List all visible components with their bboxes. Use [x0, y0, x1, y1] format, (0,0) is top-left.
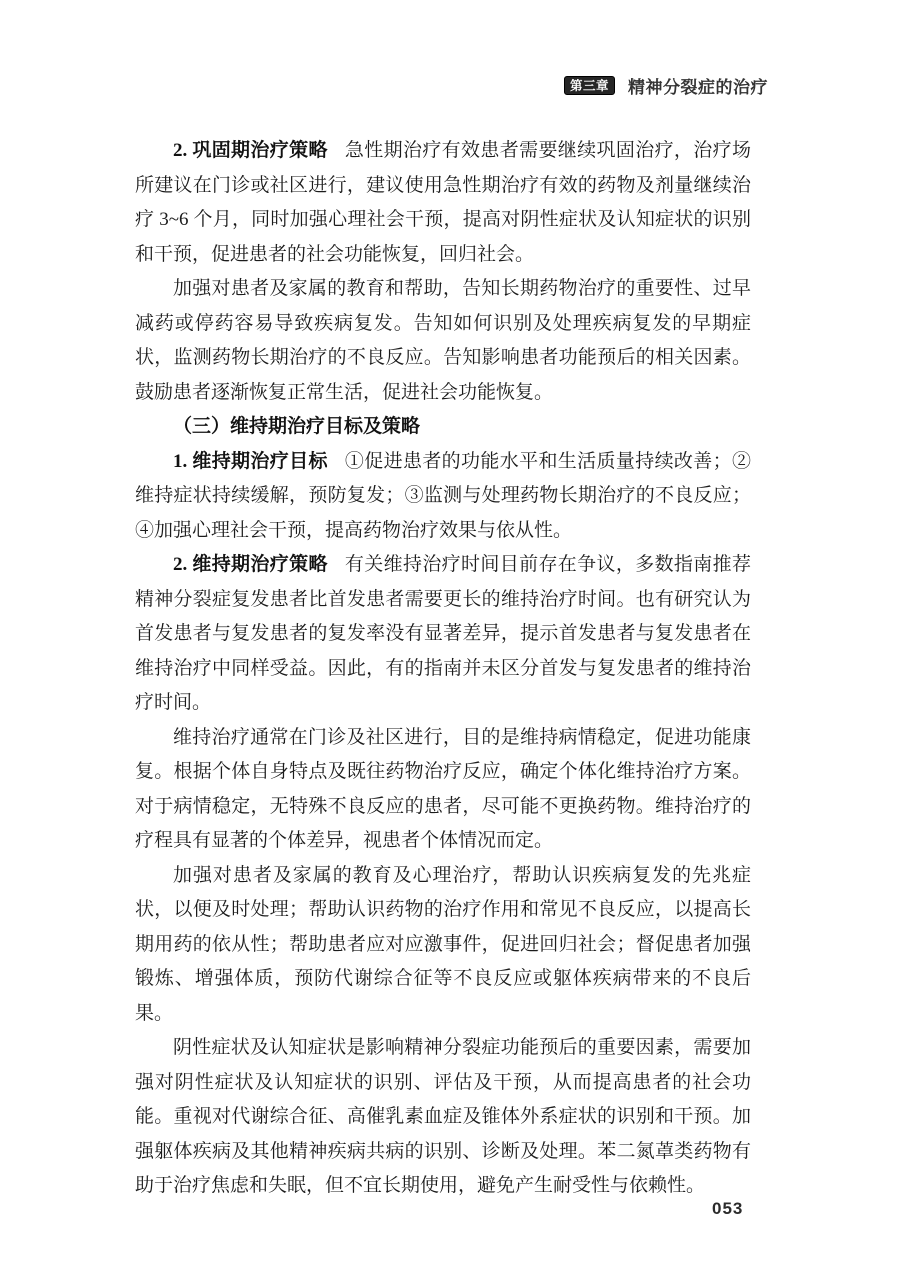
paragraph-text: 维持治疗通常在门诊及社区进行，目的是维持病情稳定，促进功能康复。根据个体自身特点… — [135, 727, 751, 852]
paragraph-label: 2. 维持期治疗策略 — [173, 554, 328, 575]
paragraph-text: 有关维持治疗时间目前存在争议，多数指南推荐精神分裂症复发患者比首发患者需要更长的… — [135, 554, 751, 713]
chapter-badge: 第三章 — [564, 76, 615, 96]
paragraph-text: 阴性症状及认知症状是影响精神分裂症功能预后的重要因素，需要加强对阴性症状及认知症… — [135, 1037, 751, 1196]
page-number: 053 — [712, 1199, 743, 1219]
paragraph: 2. 维持期治疗策略有关维持治疗时间目前存在争议，多数指南推荐精神分裂症复发患者… — [135, 548, 751, 721]
chapter-title: 精神分裂症的治疗 — [628, 73, 768, 98]
paragraph: 2. 巩固期治疗策略急性期治疗有效患者需要继续巩固治疗，治疗场所建议在门诊或社区… — [135, 134, 751, 272]
content: 2. 巩固期治疗策略急性期治疗有效患者需要继续巩固治疗，治疗场所建议在门诊或社区… — [135, 134, 751, 1204]
paragraph-text: 加强对患者及家属的教育和帮助，告知长期药物治疗的重要性、过早减药或停药容易导致疾… — [135, 278, 751, 403]
paragraph: 阴性症状及认知症状是影响精神分裂症功能预后的重要因素，需要加强对阴性症状及认知症… — [135, 1031, 751, 1204]
paragraph-label: 1. 维持期治疗目标 — [173, 451, 328, 472]
paragraph: 1. 维持期治疗目标①促进患者的功能水平和生活质量持续改善；②维持症状持续缓解，… — [135, 445, 751, 549]
paragraph-label: 2. 巩固期治疗策略 — [173, 140, 328, 161]
book-page: 第三章 精神分裂症的治疗 2. 巩固期治疗策略急性期治疗有效患者需要继续巩固治疗… — [0, 0, 910, 1288]
paragraph: 加强对患者及家属的教育和帮助，告知长期药物治疗的重要性、过早减药或停药容易导致疾… — [135, 272, 751, 410]
section-heading: （三）维持期治疗目标及策略 — [135, 410, 751, 445]
paragraph: 维持治疗通常在门诊及社区进行，目的是维持病情稳定，促进功能康复。根据个体自身特点… — [135, 721, 751, 859]
paragraph-text: 加强对患者及家属的教育及心理治疗，帮助认识疾病复发的先兆症状，以便及时处理；帮助… — [135, 865, 751, 1024]
page-header: 第三章 精神分裂症的治疗 — [564, 73, 768, 98]
paragraph: 加强对患者及家属的教育及心理治疗，帮助认识疾病复发的先兆症状，以便及时处理；帮助… — [135, 859, 751, 1032]
